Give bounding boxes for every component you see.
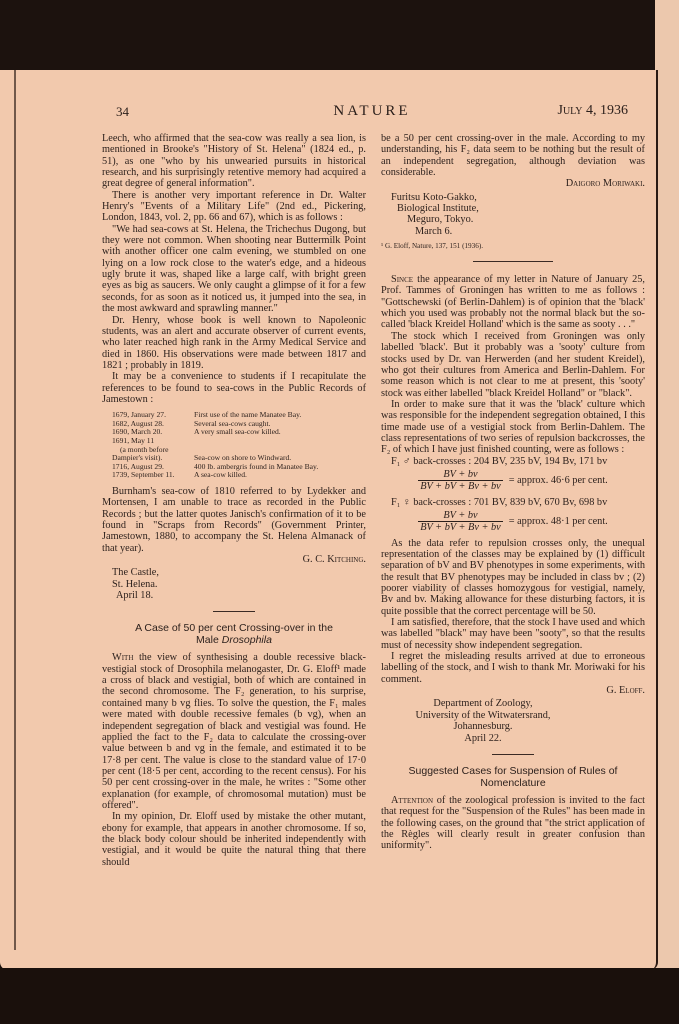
paragraph: As the data refer to repulsion crosses o… — [381, 538, 645, 617]
paragraph: the view of synthesising a double recess… — [102, 652, 366, 810]
fraction-denominator: BV + bV + Bv + bv — [418, 521, 503, 533]
article-headline: Suggested Cases for Suspension of Rules … — [381, 765, 645, 789]
address-line: March 6. — [391, 226, 645, 237]
author-address: Furitsu Koto-Gakko, Biological Institute… — [381, 192, 645, 237]
paragraph: Dr. Henry, whose book is well known to N… — [102, 315, 366, 372]
lead-word: Since — [391, 274, 413, 285]
fraction-numerator: BV + bv — [441, 469, 479, 480]
cross-label: F₁ ♂ back-crosses : — [391, 456, 471, 467]
author-signature: G. C. Kitching. — [102, 554, 366, 565]
cross-label: F₁ ♀ back-crosses : — [391, 497, 471, 508]
left-column: Leech, who affirmed that the sea-cow was… — [102, 133, 366, 868]
scan-background-bottom — [0, 968, 679, 1024]
journal-title: NATURE — [116, 103, 628, 120]
right-column: be a 50 per cent crossing-over in the ma… — [381, 133, 645, 852]
backcross-data-male: F₁ ♂ back-crosses : 204 BV, 235 bV, 194 … — [381, 456, 645, 467]
paragraph: The stock which I received from Groninge… — [381, 331, 645, 399]
running-header: 34 NATURE July 4, 1936 — [116, 104, 628, 122]
paragraph: the appearance of my letter in Nature of… — [381, 274, 645, 330]
author-signature: G. Eloff. — [381, 685, 645, 696]
address-line: The Castle, — [112, 567, 366, 578]
paragraph: Leech, who affirmed that the sea-cow was… — [102, 133, 366, 190]
paragraph: In my opinion, Dr. Eloff used by mistake… — [102, 811, 366, 868]
headline-line: Suggested Cases for Suspension of Rules … — [381, 765, 645, 777]
author-address: Department of Zoology, University of the… — [381, 698, 645, 743]
section-divider — [213, 611, 255, 612]
address-line: Furitsu Koto-Gakko, — [391, 192, 645, 203]
headline-line: Male — [196, 634, 222, 646]
fraction: BV + bv BV + bV + Bv + bv — [418, 510, 503, 534]
address-line: Biological Institute, — [391, 203, 645, 214]
headline-italic: Drosophila — [222, 634, 272, 646]
address-line: April 22. — [381, 733, 585, 744]
address-line: Department of Zoology, — [381, 698, 585, 709]
cross-values: 701 BV, 839 bV, 670 Bv, 698 bv — [474, 497, 607, 508]
headline-line: A Case of 50 per cent Crossing-over in t… — [102, 622, 366, 634]
equation-female: BV + bv BV + bV + Bv + bv = approx. 48·1… — [381, 510, 645, 534]
paragraph: I regret the misleading results arrived … — [381, 651, 645, 685]
address-line: Meguro, Tokyo. — [391, 214, 645, 225]
paragraph: It may be a convenience to students if I… — [102, 371, 366, 405]
scan-adjacent-page-edge — [655, 0, 679, 1024]
article-headline: A Case of 50 per cent Crossing-over in t… — [102, 622, 366, 646]
backcross-data-female: F₁ ♀ back-crosses : 701 BV, 839 bV, 670 … — [381, 497, 645, 508]
page-binding-edge — [14, 70, 16, 950]
paragraph: be a 50 per cent crossing-over in the ma… — [381, 133, 645, 178]
issue-date: July 4, 1936 — [558, 103, 629, 119]
cross-values: 204 BV, 235 bV, 194 Bv, 171 bv — [474, 456, 607, 467]
record-row: 1739, September 11.A sea-cow killed. — [112, 471, 366, 480]
author-address: The Castle, St. Helena. April 18. — [102, 567, 366, 601]
record-entry: A very small sea-cow killed. — [194, 428, 366, 437]
equation-male: BV + bv BV + bV + Bv + bv = approx. 46·6… — [381, 469, 645, 493]
fraction: BV + bv BV + bV + Bv + bv — [418, 469, 503, 493]
section-divider — [473, 261, 553, 262]
fraction-numerator: BV + bv — [441, 510, 479, 521]
equation-result: = approx. 48·1 per cent. — [509, 516, 608, 527]
footnote: ¹ G. Eloff, Nature, 137, 151 (1936). — [381, 241, 645, 251]
address-line: University of the Witwatersrand, — [381, 710, 585, 721]
scan-background-top — [0, 0, 655, 70]
paragraph: There is another very important referenc… — [102, 190, 366, 224]
address-line: St. Helena. — [112, 579, 366, 590]
lead-word: Attention — [391, 795, 433, 806]
lead-word: With — [112, 652, 133, 663]
equation-result: = approx. 46·6 per cent. — [509, 475, 608, 486]
fraction-denominator: BV + bV + Bv + bv — [418, 480, 503, 492]
paragraph: Burnham's sea-cow of 1810 referred to by… — [102, 486, 366, 554]
record-date: 1739, September 11. — [112, 471, 194, 480]
record-entry: A sea-cow killed. — [194, 471, 366, 480]
section-divider — [492, 754, 534, 755]
address-line: Johannesburg. — [381, 721, 585, 732]
quotation: "We had sea-cows at St. Helena, the Tric… — [102, 224, 366, 315]
author-signature: Daigoro Moriwaki. — [381, 178, 645, 189]
record-entry — [194, 437, 366, 446]
records-table: 1679, January 27.First use of the name M… — [112, 411, 366, 480]
paragraph: In order to make sure that it was the 'b… — [381, 399, 645, 456]
address-line: April 18. — [112, 590, 366, 601]
headline-line: Nomenclature — [381, 777, 645, 789]
paragraph: I am satisfied, therefore, that the stoc… — [381, 617, 645, 651]
